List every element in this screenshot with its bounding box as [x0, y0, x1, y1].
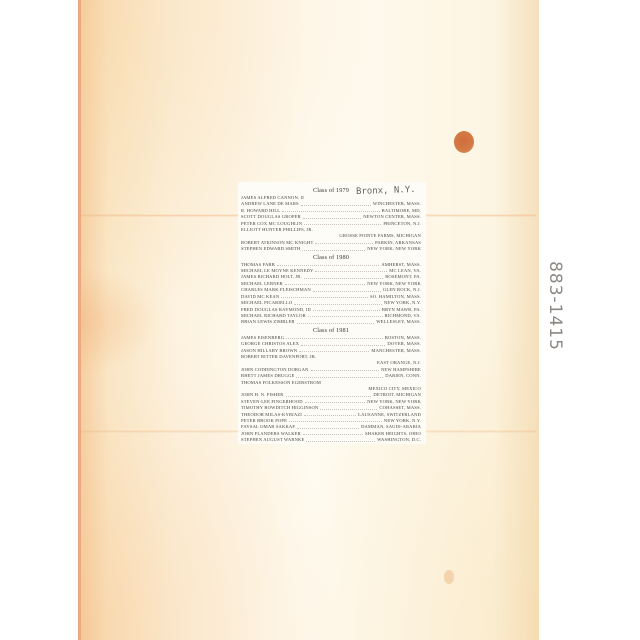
dot-leader [296, 373, 383, 377]
member-name: BRIAN LEWIS ZIMBLER [241, 319, 295, 325]
dot-leader [294, 300, 381, 304]
dot-leader [303, 431, 363, 435]
member-hometown: WELLESLEY, MASS. [376, 319, 421, 325]
member-name: STEPHEN EDWARD SMITH [241, 246, 300, 252]
margin-note-text: 883-1415 [545, 261, 565, 351]
dot-leader [313, 287, 381, 291]
stain-spot [444, 570, 454, 584]
class-title: Class of 1981 [241, 327, 421, 335]
member-name: STEPHEN AUGUST WARNKE [241, 437, 304, 443]
class-section: Class of 1980 THOMAS FARBAMHERST, MASS.M… [241, 254, 421, 326]
dot-leader [304, 274, 383, 278]
dot-leader [304, 412, 356, 416]
class-section: Class of 1981 JAMES EISENBERGBOSTON, MAS… [241, 327, 421, 444]
dot-leader [306, 437, 375, 441]
dot-leader [277, 262, 379, 266]
dot-leader [289, 418, 382, 422]
dot-leader [286, 335, 383, 339]
dot-leader [304, 221, 381, 225]
dot-leader [313, 307, 380, 311]
class-roster: Class of 1979 JAMES ALFRED CANNON, IIAND… [241, 186, 421, 444]
member-hometown: NEW YORK, NEW YORK [367, 246, 421, 252]
dot-leader [311, 367, 379, 371]
handwritten-note-location: Bronx, N.Y. [356, 185, 416, 197]
dot-leader [315, 240, 373, 244]
dot-leader [303, 214, 361, 218]
dot-leader [302, 246, 365, 250]
dot-leader [305, 399, 366, 403]
dot-leader [297, 319, 375, 323]
roster-row: THOMAS FOLKESSON EGERSTROMMEXICO CITY, M… [241, 380, 421, 393]
class-title: Class of 1980 [241, 254, 421, 262]
dot-leader [282, 208, 379, 212]
dot-leader [308, 313, 383, 317]
roster-row: STEPHEN AUGUST WARNKEWASHINGTON, D.C. [241, 437, 421, 443]
dot-leader [320, 405, 377, 409]
roster-row: BRIAN LEWIS ZIMBLERWELLESLEY, MASS. [241, 319, 421, 325]
roster-row: ROBERT RITTER DAVENPORT, JR.EAST ORANGE,… [241, 354, 421, 367]
dot-leader [299, 348, 369, 352]
roster-row: ELLIOTT HUNTER PHILLIPS, JR.GROSSE POINT… [241, 227, 421, 240]
dot-leader [286, 392, 372, 396]
handwritten-margin-note: 883-1415 [560, 232, 582, 382]
dot-leader [297, 424, 359, 428]
roster-row: STEPHEN EDWARD SMITHNEW YORK, NEW YORK [241, 246, 421, 252]
dot-leader [285, 281, 365, 285]
class-section: Class of 1979 JAMES ALFRED CANNON, IIAND… [241, 187, 421, 253]
dot-leader [281, 294, 368, 298]
dot-leader [301, 201, 371, 205]
member-hometown: WASHINGTON, D.C. [377, 437, 421, 443]
dot-leader [315, 268, 387, 272]
stain-spot [454, 131, 474, 153]
dot-leader [301, 341, 385, 345]
